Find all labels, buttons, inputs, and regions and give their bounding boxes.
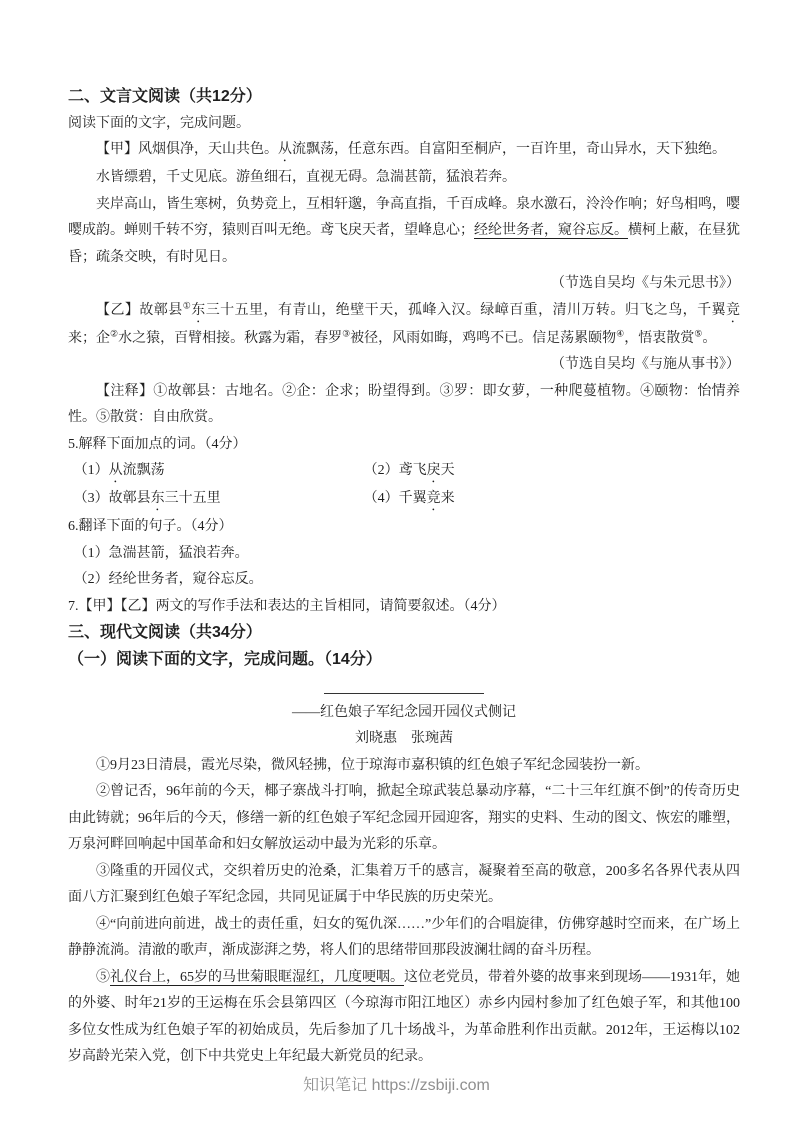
text-segment: 水之猿，百臂相接。秋露为霜，春罗 — [118, 331, 342, 346]
question6-label: 6.翻译下面的句子。（4分） — [68, 514, 740, 541]
jia-paragraph-3: 夹岸高山，皆生寒树，负势竞上，互相轩邈，争高直指，千百成峰。泉水激石，泠泠作响；… — [68, 192, 740, 272]
text-segment: （4）千翼 — [364, 491, 427, 506]
text-segment: 天 — [441, 463, 455, 478]
jia-source: （节选自吴均《与朱元思书》） — [68, 271, 740, 298]
yi-paragraph: 【乙】故鄣县①东三十五里，有青山，绝壁干天，孤峰入汉。绿嶂百重，清川万转。归飞之… — [68, 298, 740, 353]
text-segment: 【甲】风烟俱净，天山共色。 — [96, 142, 278, 157]
question5-label: 5.解释下面加点的词。（4分） — [68, 432, 740, 459]
jia-paragraph-2: 水皆缥碧，千丈见底。游鱼细石，直视无碍。急湍甚箭，猛浪若奔。 — [68, 165, 740, 192]
dotted-word: 从 — [109, 463, 123, 478]
note-ref-2: ② — [110, 328, 118, 338]
dotted-word: 从 — [278, 142, 292, 157]
dotted-word: 戾 — [427, 463, 441, 478]
article-authors: 刘晓惠 张琬茜 — [68, 726, 740, 753]
text-segment: ，悟衷散赏 — [624, 331, 694, 346]
jia-paragraph-1: 【甲】风烟俱净，天山共色。从流飘荡，任意东西。自富阳至桐庐，一百许里，奇山异水，… — [68, 137, 740, 165]
site-watermark: 知识笔记 https://zsbiji.com — [0, 1072, 793, 1095]
section2-heading: 二、文言文阅读（共12分） — [68, 84, 740, 111]
article-paragraph-5: ⑤礼仪台上，65岁的马世菊眼眶湿红，几度哽咽。这位老党员，带着外婆的故事来到现场… — [68, 965, 740, 1071]
text-segment: （3）故鄣县 — [74, 491, 151, 506]
page-content: 二、文言文阅读（共12分） 阅读下面的文字，完成问题。 【甲】风烟俱净，天山共色… — [68, 84, 740, 1071]
question5-items: （1）从流飘荡 （2）鸢飞戾天 （3）故鄣县东三十五里 （4）千翼竞来 — [68, 458, 740, 514]
q5-item-4: （4）千翼竞来 — [358, 486, 740, 514]
text-segment: 流飘荡 — [123, 463, 165, 478]
text-segment: 【乙】故鄣县 — [96, 303, 183, 318]
underlined-clause: 经纶世务者，窥谷忘反。 — [474, 223, 628, 238]
article-paragraph-4: ④“向前进向前进，战士的责任重，妇女的冤仇深……”少年们的合唱旋律，仿佛穿越时空… — [68, 912, 740, 965]
q5-item-1: （1）从流飘荡 — [68, 458, 358, 486]
text-segment: 三十五里，有青山，绝壁干天，孤峰入汉。绿嶂百重，清川万转。归飞之鸟，千翼 — [206, 303, 726, 318]
text-segment: 流飘荡，任意东西。自富阳至桐庐，一百许里，奇山异水，天下独绝。 — [292, 142, 726, 157]
dotted-word: 竞 — [726, 303, 740, 318]
article-subtitle: ——红色娘子军纪念园开园仪式侧记 — [68, 700, 740, 727]
section2-intro: 阅读下面的文字，完成问题。 — [68, 111, 740, 138]
question7: 7.【甲】【乙】两文的写作手法和表达的主旨相同，请简要叙述。（4分） — [68, 594, 740, 621]
text-segment: 来 — [441, 491, 455, 506]
dotted-word: 东 — [191, 303, 205, 318]
article-paragraph-2: ②曾记否，96年前的今天，椰子寨战斗打响，掀起全琼武装总暴动序幕，“二十三年红旗… — [68, 779, 740, 859]
paragraph-number: ⑤ — [96, 970, 110, 985]
article-paragraph-3: ③隆重的开园仪式，交织着历史的沧桑，汇集着万千的感言，凝聚着至高的敬意，200多… — [68, 859, 740, 912]
dotted-word: 东 — [151, 491, 165, 506]
text-segment: 三十五里 — [165, 491, 221, 506]
underlined-clause: 礼仪台上，65岁的马世菊眼眶湿红，几度哽咽。 — [110, 970, 404, 985]
exam-page: 二、文言文阅读（共12分） 阅读下面的文字，完成问题。 【甲】风烟俱净，天山共色… — [0, 0, 793, 1122]
text-segment: 被径，风雨如晦，鸡鸣不已。信足荡累颐物 — [350, 331, 616, 346]
article-paragraph-1: ①9月23日清晨，霞光尽染，微风轻拂，位于琼海市嘉积镇的红色娘子军纪念园装扮一新… — [68, 753, 740, 780]
q6-item-1: （1）急湍甚箭，猛浪若奔。 — [68, 541, 740, 568]
notes-paragraph: 【注释】①故鄣县：古地名。②企：企求；盼望得到。③罗：即女萝，一种爬蔓植物。④颐… — [68, 379, 740, 432]
title-blank-line — [68, 673, 740, 700]
text-segment: 来；企 — [68, 331, 110, 346]
text-segment: 。 — [702, 331, 716, 346]
yi-source: （节选自吴均《与施从事书》） — [68, 352, 740, 379]
section3-sub-heading: （一）阅读下面的文字，完成问题。（14分） — [68, 647, 740, 674]
note-ref-1: ① — [183, 300, 192, 310]
q6-item-2: （2）经纶世务者，窥谷忘反。 — [68, 567, 740, 594]
note-ref-3: ③ — [342, 328, 350, 338]
q5-item-3: （3）故鄣县东三十五里 — [68, 486, 358, 514]
text-segment: （2）鸢飞 — [364, 463, 427, 478]
watermark-text: 知识笔记 https://zsbiji.com — [303, 1077, 490, 1094]
q5-item-2: （2）鸢飞戾天 — [358, 458, 740, 486]
text-segment: （1） — [74, 463, 109, 478]
dotted-word: 竞 — [427, 491, 441, 506]
section3-heading: 三、现代文阅读（共34分） — [68, 620, 740, 647]
